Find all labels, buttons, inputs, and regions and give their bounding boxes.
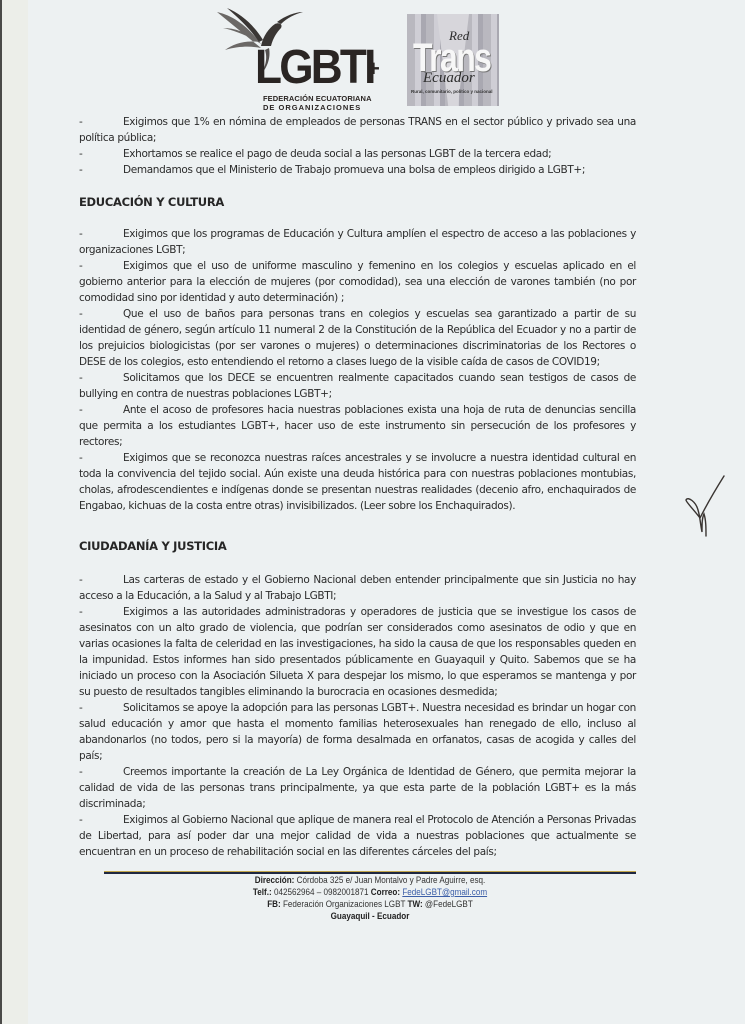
- bullet-dash: -: [79, 306, 123, 322]
- list-item: -Exigimos que se reconozca nuestras raíc…: [79, 450, 636, 514]
- footer-address-line: Dirección: Córdoba 325 e/ Juan Montalvo …: [131, 874, 610, 886]
- bullet-dash: -: [79, 226, 123, 242]
- list-item: -Exigimos que el uso de uniforme masculi…: [79, 258, 636, 306]
- red-trans-ecuador-logo: Red Trans Ecuador Rural, comunitario, po…: [407, 14, 499, 106]
- bullet-dash: -: [79, 114, 123, 130]
- list-item: -Exigimos que 1% en nómina de empleados …: [79, 114, 636, 146]
- section-title-citizenship: CIUDADANÍA Y JUSTICIA: [79, 538, 226, 554]
- list-item: -Exigimos a las autoridades administrado…: [79, 604, 636, 700]
- email-link[interactable]: FedeLGBT@gmail.com: [402, 887, 487, 897]
- bullet-dash: -: [79, 402, 123, 418]
- bullet-dash: -: [79, 370, 123, 386]
- footer-social-line: FB: Federación Organizaciones LGBT TW: @…: [131, 898, 610, 910]
- list-item: -Exigimos que los programas de Educación…: [79, 226, 636, 258]
- logo-tagline: Rural, comunitario, político y nacional: [411, 89, 493, 94]
- list-item: -Solicitamos se apoye la adopción para l…: [79, 700, 636, 764]
- bullet-dash: -: [79, 812, 123, 828]
- logo-ecuador-text: Ecuador: [423, 70, 475, 87]
- lgbti-subtitle-1: FEDERACIÓN ECUATORIANA: [263, 94, 372, 103]
- bullet-dash: -: [79, 700, 123, 716]
- list-item: -Demandamos que el Ministerio de Trabajo…: [79, 162, 636, 178]
- lgbti-subtitle-2: DE ORGANIZACIONES: [263, 103, 361, 112]
- section-title-education: EDUCACIÓN Y CULTURA: [79, 194, 224, 210]
- letterhead-footer: Dirección: Córdoba 325 e/ Juan Montalvo …: [131, 874, 610, 922]
- list-item: -Exhortamos se realice el pago de deuda …: [79, 146, 636, 162]
- list-item: -Solicitamos que los DECE se encuentren …: [79, 370, 636, 402]
- footer-city-line: Guayaquil - Ecuador: [131, 910, 610, 922]
- list-item: -Exigimos al Gobierno Nacional que apliq…: [79, 812, 636, 860]
- bullet-dash: -: [79, 146, 123, 162]
- handwritten-signature-icon: [680, 470, 730, 550]
- bullet-dash: -: [79, 450, 123, 466]
- list-item: -Ante el acoso de profesores hacia nuest…: [79, 402, 636, 450]
- lgbti-federation-logo: LGBTI + FEDERACIÓN ECUATORIANA DE ORGANI…: [215, 6, 395, 110]
- bullet-dash: -: [79, 162, 123, 178]
- lgbti-plus: +: [367, 56, 380, 82]
- intro-list: -Exigimos que 1% en nómina de empleados …: [79, 114, 636, 178]
- bullet-dash: -: [79, 764, 123, 780]
- list-item: -Las carteras de estado y el Gobierno Na…: [79, 572, 636, 604]
- lgbti-wordmark: LGBTI: [255, 44, 374, 92]
- footer-contact-line: Telf.: 042562964 – 0982001871 Correo: Fe…: [131, 886, 610, 898]
- bullet-dash: -: [79, 604, 123, 620]
- list-item: -Creemos importante la creación de La Le…: [79, 764, 636, 812]
- bullet-dash: -: [79, 572, 123, 588]
- citizenship-list: -Las carteras de estado y el Gobierno Na…: [79, 572, 636, 860]
- list-item: -Que el uso de baños para personas trans…: [79, 306, 636, 370]
- education-list: -Exigimos que los programas de Educación…: [79, 226, 636, 514]
- bullet-dash: -: [79, 258, 123, 274]
- scanner-edge: [0, 0, 29, 1024]
